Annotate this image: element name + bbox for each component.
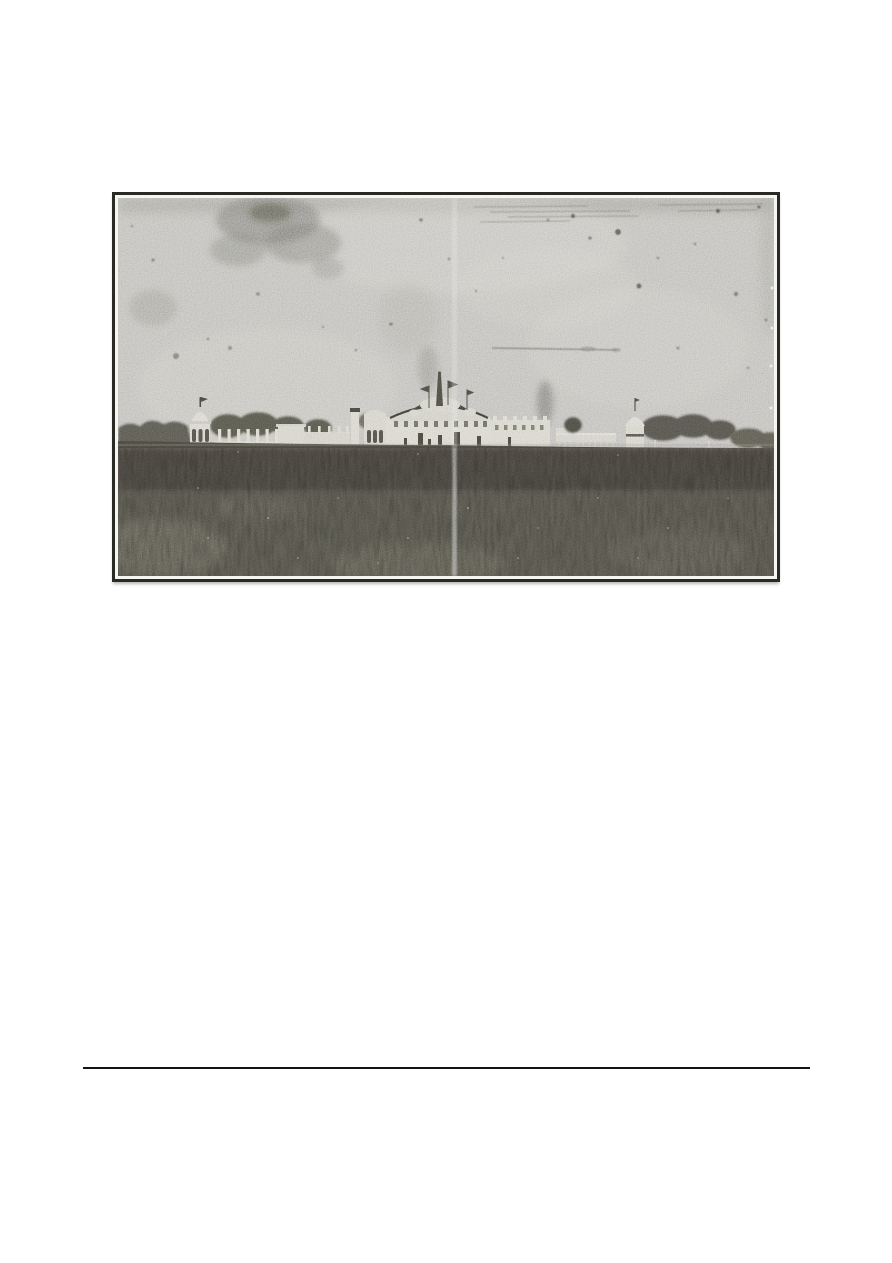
scanned-page — [0, 0, 892, 1263]
photo-plate — [112, 192, 780, 582]
palace-photograph — [118, 198, 774, 576]
footnote-divider — [83, 1067, 810, 1069]
film-grain — [118, 198, 774, 576]
